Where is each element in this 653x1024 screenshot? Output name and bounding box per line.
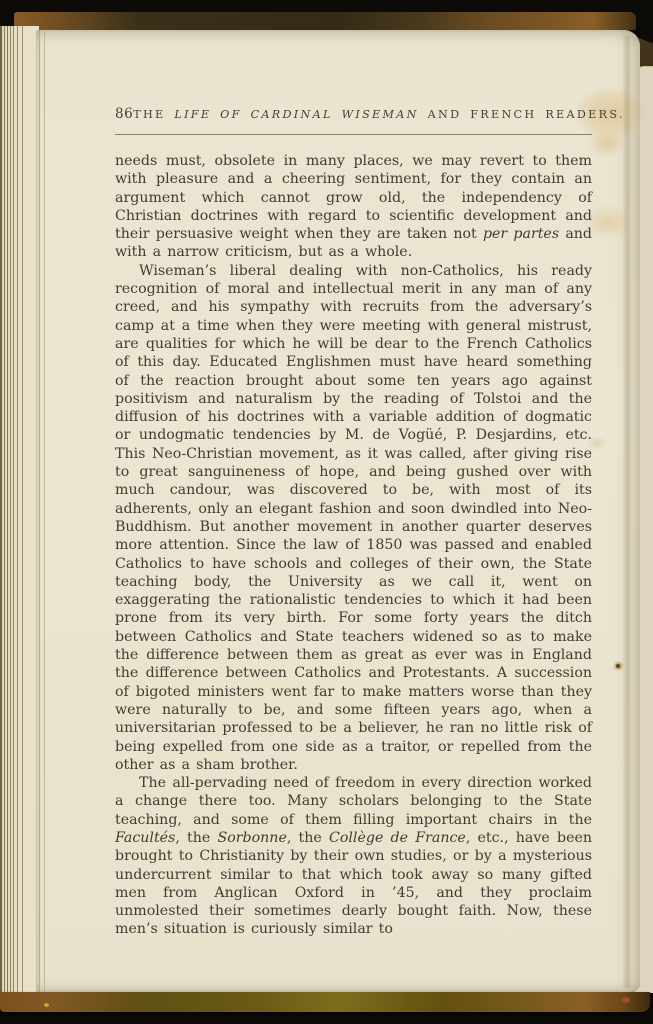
text-run: The all-pervading need of freedom in eve… xyxy=(115,775,592,828)
paragraph: The all-pervading need of freedom in eve… xyxy=(115,774,592,939)
page-body-text: needs must, obsolete in many places, we … xyxy=(115,152,592,939)
book-page: 86 THE LIFE OF CARDINAL WISEMAN AND FREN… xyxy=(36,30,640,992)
running-head: 86 THE LIFE OF CARDINAL WISEMAN AND FREN… xyxy=(115,30,592,122)
paragraph: Wiseman’s liberal dealing with non-Catho… xyxy=(115,262,592,774)
header-rule xyxy=(115,134,592,135)
printed-text-block: 86 THE LIFE OF CARDINAL WISEMAN AND FREN… xyxy=(115,30,592,939)
running-head-title: THE LIFE OF CARDINAL WISEMAN AND FRENCH … xyxy=(133,108,625,121)
text-run: , the xyxy=(287,830,329,846)
book-cover-top-edge xyxy=(14,12,636,30)
text-run: , the xyxy=(175,830,217,846)
italic-text-run: Facultés xyxy=(115,830,175,846)
yellow-speck xyxy=(44,1003,49,1007)
page-number: 86 xyxy=(115,106,133,122)
italic-text-run: LIFE OF CARDINAL WISEMAN xyxy=(174,108,418,121)
italic-text-run: Collège de France xyxy=(329,830,466,846)
red-speck xyxy=(622,997,630,1003)
book-cover-bottom-edge xyxy=(0,992,650,1012)
page-edges-left xyxy=(0,26,39,993)
italic-text-run: Sorbonne xyxy=(218,830,287,846)
italic-text-run: per partes xyxy=(483,226,559,242)
foxing-spot xyxy=(612,660,625,672)
text-run: THE xyxy=(133,108,174,121)
book-scan-scene: 86 THE LIFE OF CARDINAL WISEMAN AND FREN… xyxy=(0,0,653,1024)
text-run: AND FRENCH READERS. xyxy=(419,108,625,121)
text-run: , etc., have been brought to Christianit… xyxy=(115,830,592,937)
text-run: Wiseman’s liberal dealing with non-Catho… xyxy=(115,263,592,773)
paragraph: needs must, obsolete in many places, we … xyxy=(115,152,592,262)
